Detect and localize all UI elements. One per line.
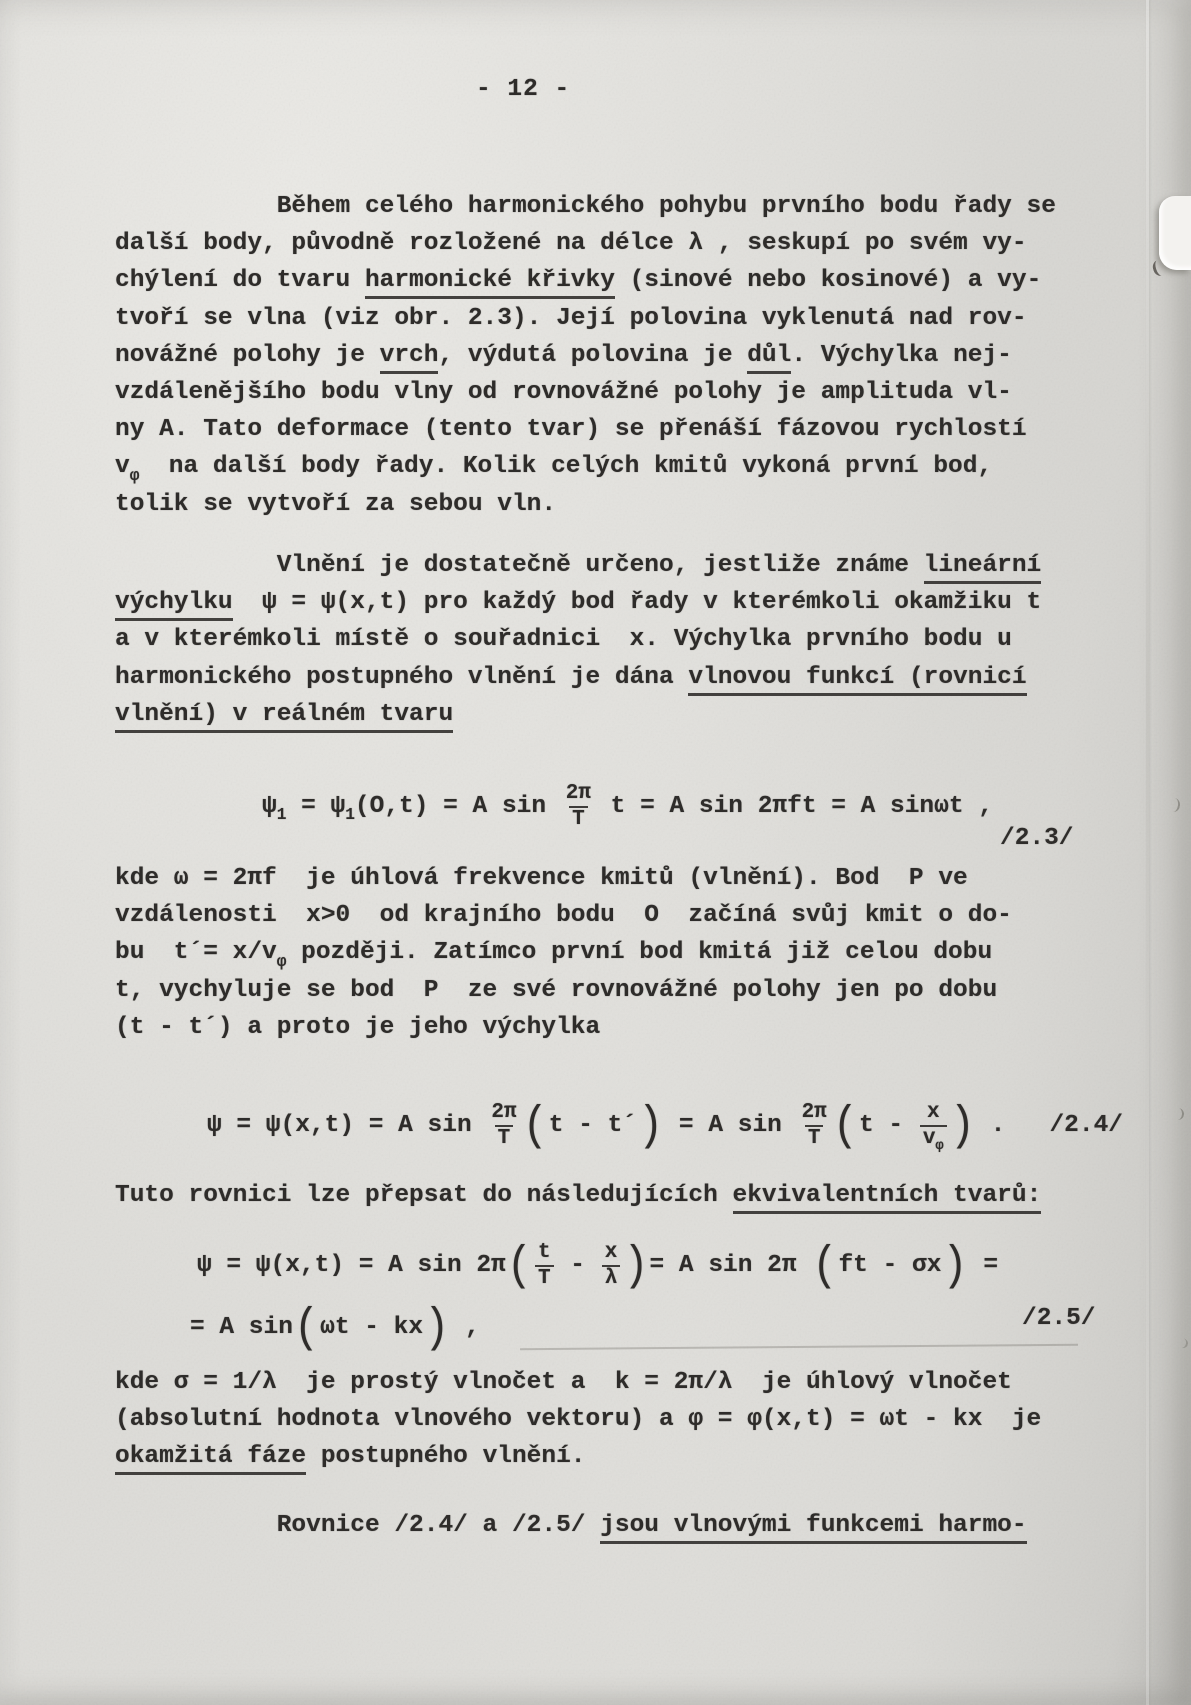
big-paren: ) xyxy=(423,1304,450,1351)
fraction: tT xyxy=(535,1242,554,1290)
text-line: harmonického postupného vlnění je dána v… xyxy=(115,659,1041,696)
equation-2-3: ψ1 = ψ1(O,t) = A sin 2πT t = A sin 2πft … xyxy=(262,769,993,845)
underlined-text: důl xyxy=(747,342,791,374)
text-run: kde ω = 2πf je úhlová frekvence kmitů (v… xyxy=(115,865,968,892)
text-run: ψ = ψ(x,t) = A sin 2π xyxy=(197,1253,506,1280)
fraction: 2πT xyxy=(563,783,594,831)
text-line: /2.3/ xyxy=(1000,820,1074,857)
text-line: t, vychyluje se bod P ze své rovnovážné … xyxy=(115,972,1012,1009)
underlined-text: okamžitá fáze xyxy=(115,1443,306,1475)
subscript: φ xyxy=(935,1138,943,1154)
paper-crease xyxy=(1146,0,1149,1705)
text-run: ny A. Tato deformace (tento tvar) se pře… xyxy=(115,416,1027,443)
text-line: (absolutní hodnota vlnového vektoru) a φ… xyxy=(115,1401,1041,1438)
scanned-page: - 12 - Během celého harmonického pohybu … xyxy=(0,0,1191,1705)
paragraph-1: Během celého harmonického pohybu prvního… xyxy=(115,188,1056,523)
text-run: (O,t) = A sin xyxy=(355,794,561,821)
text-line: ψ = ψ(x,t) = A sin 2π(tT - xλ)= A sin 2π… xyxy=(197,1227,998,1305)
paragraph-2: Vlnění je dostatečně určeno, jestliže zn… xyxy=(115,547,1041,733)
equation-label-2-5: /2.5/ xyxy=(1022,1300,1096,1337)
text-line: Tuto rovnici lze přepsat do následujícíc… xyxy=(115,1177,1041,1214)
text-line: vzdálenosti x>0 od krajního bodu O začín… xyxy=(115,897,1012,934)
subscript: φ xyxy=(277,953,287,971)
text-line: ψ = ψ(x,t) = A sin 2πT(t - t´) = A sin 2… xyxy=(207,1087,1123,1165)
fraction: 2πT xyxy=(799,1102,830,1150)
big-paren: ) xyxy=(941,1242,968,1289)
text-line: další body, původně rozložené na délce λ… xyxy=(115,225,1056,262)
text-line: vlnění) v reálném tvaru xyxy=(115,696,1041,733)
subscript: φ xyxy=(130,467,140,485)
text-line: tvoří se vlna (viz obr. 2.3). Její polov… xyxy=(115,300,1056,337)
text-run: a v kterémkoli místě o souřadnici x. Výc… xyxy=(115,626,1012,653)
text-line: bu t´= x/vφ později. Zatímco první bod k… xyxy=(115,934,1012,971)
text-run: Během celého harmonického pohybu prvního… xyxy=(115,193,1056,220)
underlined-text: harmonické křivky xyxy=(365,267,615,299)
text-run: , xyxy=(450,1315,479,1342)
text-line: vφ na další body řady. Kolik celých kmit… xyxy=(115,448,1056,485)
underlined-text: výchylku xyxy=(115,589,233,621)
underlined-text: lineární xyxy=(924,552,1042,584)
paragraph-4: Tuto rovnici lze přepsat do následujícíc… xyxy=(115,1177,1041,1214)
underlined-text: vlnovou funkcí (rovnicí xyxy=(688,664,1026,696)
subscript: 1 xyxy=(345,806,355,824)
text-run: Vlnění je dostatečně určeno, jestliže zn… xyxy=(115,552,924,579)
big-paren: ) xyxy=(622,1242,649,1289)
text-run: vzdálenosti x>0 od krajního bodu O začín… xyxy=(115,902,1012,929)
underlined-text: ekvivalentních tvarů: xyxy=(733,1182,1042,1214)
text-line: ny A. Tato deformace (tento tvar) se pře… xyxy=(115,411,1056,448)
text-line: okamžitá fáze postupného vlnění. xyxy=(115,1438,1041,1475)
text-run: tolik se vytvoří za sebou vln. xyxy=(115,491,556,518)
text-line: ψ1 = ψ1(O,t) = A sin 2πT t = A sin 2πft … xyxy=(262,769,993,845)
text-line: výchylku ψ = ψ(x,t) pro každý bod řady v… xyxy=(115,584,1041,621)
text-run: na další body řady. Kolik celých kmitů v… xyxy=(139,453,992,480)
big-paren: ( xyxy=(811,1242,838,1289)
text-run: t - xyxy=(859,1113,918,1140)
text-line: tolik se vytvoří za sebou vln. xyxy=(115,486,1056,523)
big-paren: ( xyxy=(293,1304,320,1351)
big-paren: ) xyxy=(949,1102,976,1149)
fraction: 2πT xyxy=(488,1102,519,1150)
text-run: harmonického postupného vlnění je dána xyxy=(115,664,688,691)
subscript: 1 xyxy=(277,806,287,824)
equation-2-5-line-1: ψ = ψ(x,t) = A sin 2π(tT - xλ)= A sin 2π… xyxy=(197,1227,998,1305)
big-paren: ) xyxy=(637,1102,664,1149)
text-line: Vlnění je dostatečně určeno, jestliže zn… xyxy=(115,547,1041,584)
text-line: chýlení do tvaru harmonické křivky (sino… xyxy=(115,262,1056,299)
text-line: vzdálenějšího bodu vlny od rovnovážné po… xyxy=(115,374,1056,411)
text-line: a v kterémkoli místě o souřadnici x. Výc… xyxy=(115,621,1041,658)
text-line: (t - t´) a proto je jeho výchylka xyxy=(115,1009,1012,1046)
text-line: novážné polohy je vrch, výdutá polovina … xyxy=(115,337,1056,374)
text-run: ψ1 xyxy=(331,794,355,821)
paper-speck xyxy=(1172,1108,1185,1121)
text-line: Rovnice /2.4/ a /2.5/ jsou vlnovými funk… xyxy=(115,1507,1027,1544)
text-run: později. Zatímco první bod kmitá již cel… xyxy=(286,939,992,966)
text-run: vφ xyxy=(262,939,286,966)
text-line: /2.5/ xyxy=(1022,1300,1096,1337)
text-run: chýlení do tvaru xyxy=(115,267,365,294)
equation-2-4: ψ = ψ(x,t) = A sin 2πT(t - t´) = A sin 2… xyxy=(207,1087,1123,1165)
text-run: Tuto rovnici lze přepsat do následujícíc… xyxy=(115,1182,733,1209)
text-line: Během celého harmonického pohybu prvního… xyxy=(115,188,1056,225)
text-run: postupného vlnění. xyxy=(306,1443,585,1470)
text-run: , výdutá polovina je xyxy=(438,342,747,369)
text-run: = xyxy=(286,794,330,821)
text-run: /2.5/ xyxy=(1022,1305,1096,1332)
text-run: vzdálenějšího bodu vlny od rovnovážné po… xyxy=(115,379,1012,406)
underlined-text: jsou vlnovými funkcemi harmo- xyxy=(600,1512,1026,1544)
paper-speck xyxy=(1167,797,1181,813)
scratch-mark xyxy=(520,1344,1078,1350)
text-run: ft - σx xyxy=(838,1253,941,1280)
page-number: - 12 - xyxy=(476,76,570,103)
big-paren: ( xyxy=(832,1102,859,1149)
text-run: t = A sin 2πft = A sinωt , xyxy=(596,794,993,821)
paragraph-6: Rovnice /2.4/ a /2.5/ jsou vlnovými funk… xyxy=(115,1507,1027,1544)
text-run: tvoří se vlna (viz obr. 2.3). Její polov… xyxy=(115,305,1027,332)
text-run: = A sin xyxy=(664,1113,796,1140)
text-line: kde ω = 2πf je úhlová frekvence kmitů (v… xyxy=(115,860,1012,897)
text-run: novážné polohy je xyxy=(115,342,380,369)
text-run: (absolutní hodnota vlnového vektoru) a φ… xyxy=(115,1406,1041,1433)
underlined-text: vlnění) v reálném tvaru xyxy=(115,701,453,733)
text-run: další body, původně rozložené na délce λ… xyxy=(115,230,1027,257)
text-run: t - t´ xyxy=(549,1113,637,1140)
underlined-text: vrch xyxy=(380,342,439,374)
text-run: t, vychyluje se bod P ze své rovnovážné … xyxy=(115,977,997,1004)
fraction: xvφ xyxy=(920,1102,947,1150)
text-run: ψ1 xyxy=(262,794,286,821)
paper-speck xyxy=(1175,1337,1189,1350)
text-run: ψ = ψ(x,t) pro každý bod řady v kterémko… xyxy=(233,589,1042,616)
text-run: vφ xyxy=(115,453,139,480)
fraction: xλ xyxy=(602,1242,621,1290)
text-run: = A sin 2π xyxy=(650,1253,812,1280)
text-run: . Výchylka nej- xyxy=(791,342,1012,369)
text-run: = xyxy=(969,1253,998,1280)
text-run: = A sin xyxy=(190,1315,293,1342)
paragraph-5: kde σ = 1/λ je prostý vlnočet a k = 2π/λ… xyxy=(115,1364,1041,1476)
equation-2-5-line-2: = A sin(ωt - kx) , xyxy=(190,1306,480,1350)
text-line: = A sin(ωt - kx) , xyxy=(190,1306,480,1350)
big-paren: ( xyxy=(506,1242,533,1289)
text-line: kde σ = 1/λ je prostý vlnočet a k = 2π/λ… xyxy=(115,1364,1041,1401)
text-run: ωt - kx xyxy=(320,1315,423,1342)
big-paren: ( xyxy=(522,1102,549,1149)
text-run: /2.3/ xyxy=(1000,825,1074,852)
text-run: . /2.4/ xyxy=(976,1113,1123,1140)
text-run: - xyxy=(556,1253,600,1280)
text-run: bu t´= x/ xyxy=(115,939,262,966)
text-run: Rovnice /2.4/ a /2.5/ xyxy=(115,1512,600,1539)
text-run: kde σ = 1/λ je prostý vlnočet a k = 2π/λ… xyxy=(115,1369,1012,1396)
equation-label-2-3: /2.3/ xyxy=(1000,820,1074,857)
text-run: (t - t´) a proto je jeho výchylka xyxy=(115,1014,600,1041)
torn-spot xyxy=(1159,196,1191,270)
text-run: ψ = ψ(x,t) = A sin xyxy=(207,1113,486,1140)
paragraph-3: kde ω = 2πf je úhlová frekvence kmitů (v… xyxy=(115,860,1012,1046)
text-run: (sinové nebo kosinové) a vy- xyxy=(615,267,1041,294)
